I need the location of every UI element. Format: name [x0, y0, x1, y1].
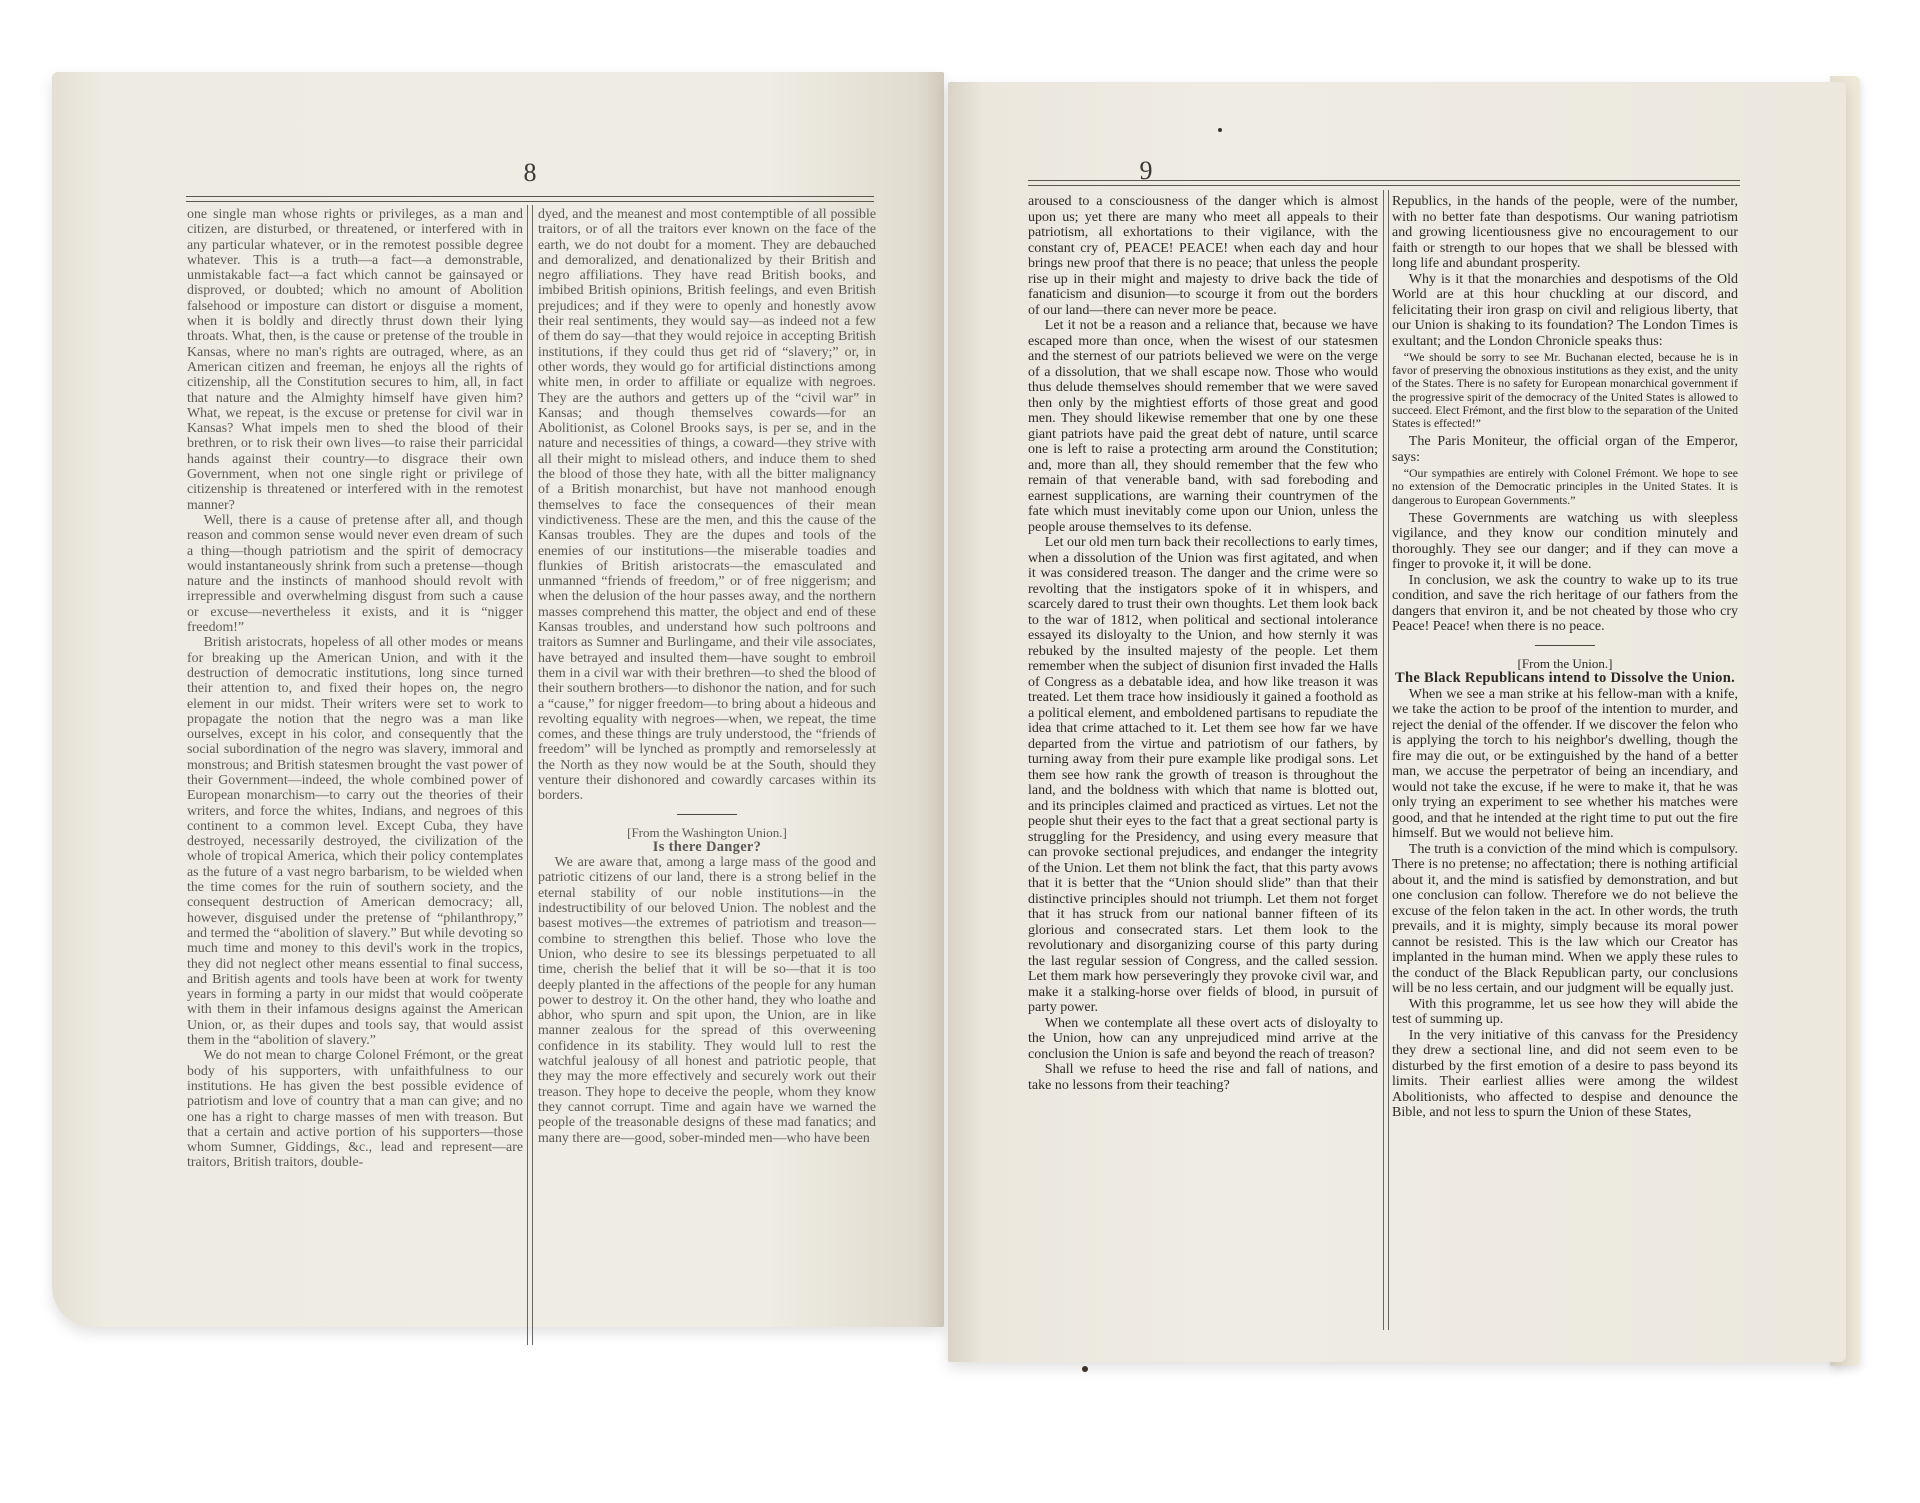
quote-london-chronicle: “We should be sorry to see Mr. Buchanan … — [1392, 349, 1738, 434]
paragraph: one single man whose rights or privilege… — [187, 207, 523, 513]
quote-paris-moniteur: “Our sympathies are entirely with Colone… — [1392, 465, 1738, 511]
paragraph: Let our old men turn back their recollec… — [1028, 535, 1378, 1016]
left-page-column-2: dyed, and the meanest and most contempti… — [538, 207, 876, 1146]
section-separator — [1535, 645, 1595, 646]
paragraph: We do not mean to charge Colonel Frémont… — [187, 1048, 523, 1170]
paragraph: In the very initiative of this canvass f… — [1392, 1028, 1738, 1121]
paragraph: Well, there is a cause of pretense after… — [187, 513, 523, 635]
quote-text: “Our sympathies are entirely with Colone… — [1392, 467, 1738, 507]
paragraph: aroused to a consciousness of the danger… — [1028, 194, 1378, 318]
header-rule-left — [186, 196, 874, 202]
paragraph: Let it not be a reason and a reliance th… — [1028, 318, 1378, 535]
paragraph: When we see a man strike at his fellow-m… — [1392, 687, 1738, 842]
article-headline: Is there Danger? — [538, 840, 876, 855]
section-separator — [677, 814, 737, 815]
article-headline: The Black Republicans intend to Dissolve… — [1392, 671, 1738, 687]
paragraph: With this programme, let us see how they… — [1392, 997, 1738, 1028]
paragraph: Shall we refuse to heed the rise and fal… — [1028, 1062, 1378, 1093]
paragraph: In conclusion, we ask the country to wak… — [1392, 573, 1738, 635]
right-page-column-1: aroused to a consciousness of the danger… — [1028, 194, 1378, 1093]
paragraph: These Governments are watching us with s… — [1392, 511, 1738, 573]
paragraph: We are aware that, among a large mass of… — [538, 855, 876, 1146]
page-number-left: 8 — [500, 158, 560, 188]
ink-speck — [1218, 128, 1222, 132]
column-divider-left — [527, 205, 533, 1345]
header-rule-right — [1028, 180, 1740, 186]
paragraph: When we contemplate all these overt acts… — [1028, 1016, 1378, 1063]
left-page-column-1: one single man whose rights or privilege… — [187, 207, 523, 1171]
paragraph: British aristocrats, hopeless of all oth… — [187, 635, 523, 1048]
column-divider-right — [1383, 190, 1389, 1330]
paragraph: dyed, and the meanest and most contempti… — [538, 207, 876, 804]
article-source: [From the Union.] — [1392, 656, 1738, 672]
quote-text: “We should be sorry to see Mr. Buchanan … — [1392, 351, 1738, 430]
paragraph: Republics, in the hands of the people, w… — [1392, 194, 1738, 272]
article-source: [From the Washington Union.] — [538, 825, 876, 840]
paragraph: The truth is a conviction of the mind wh… — [1392, 842, 1738, 997]
ink-speck — [1082, 1366, 1088, 1372]
paragraph: The Paris Moniteur, the official organ o… — [1392, 434, 1738, 465]
paragraph: Why is it that the monarchies and despot… — [1392, 272, 1738, 350]
right-page-column-2: Republics, in the hands of the people, w… — [1392, 194, 1738, 1121]
